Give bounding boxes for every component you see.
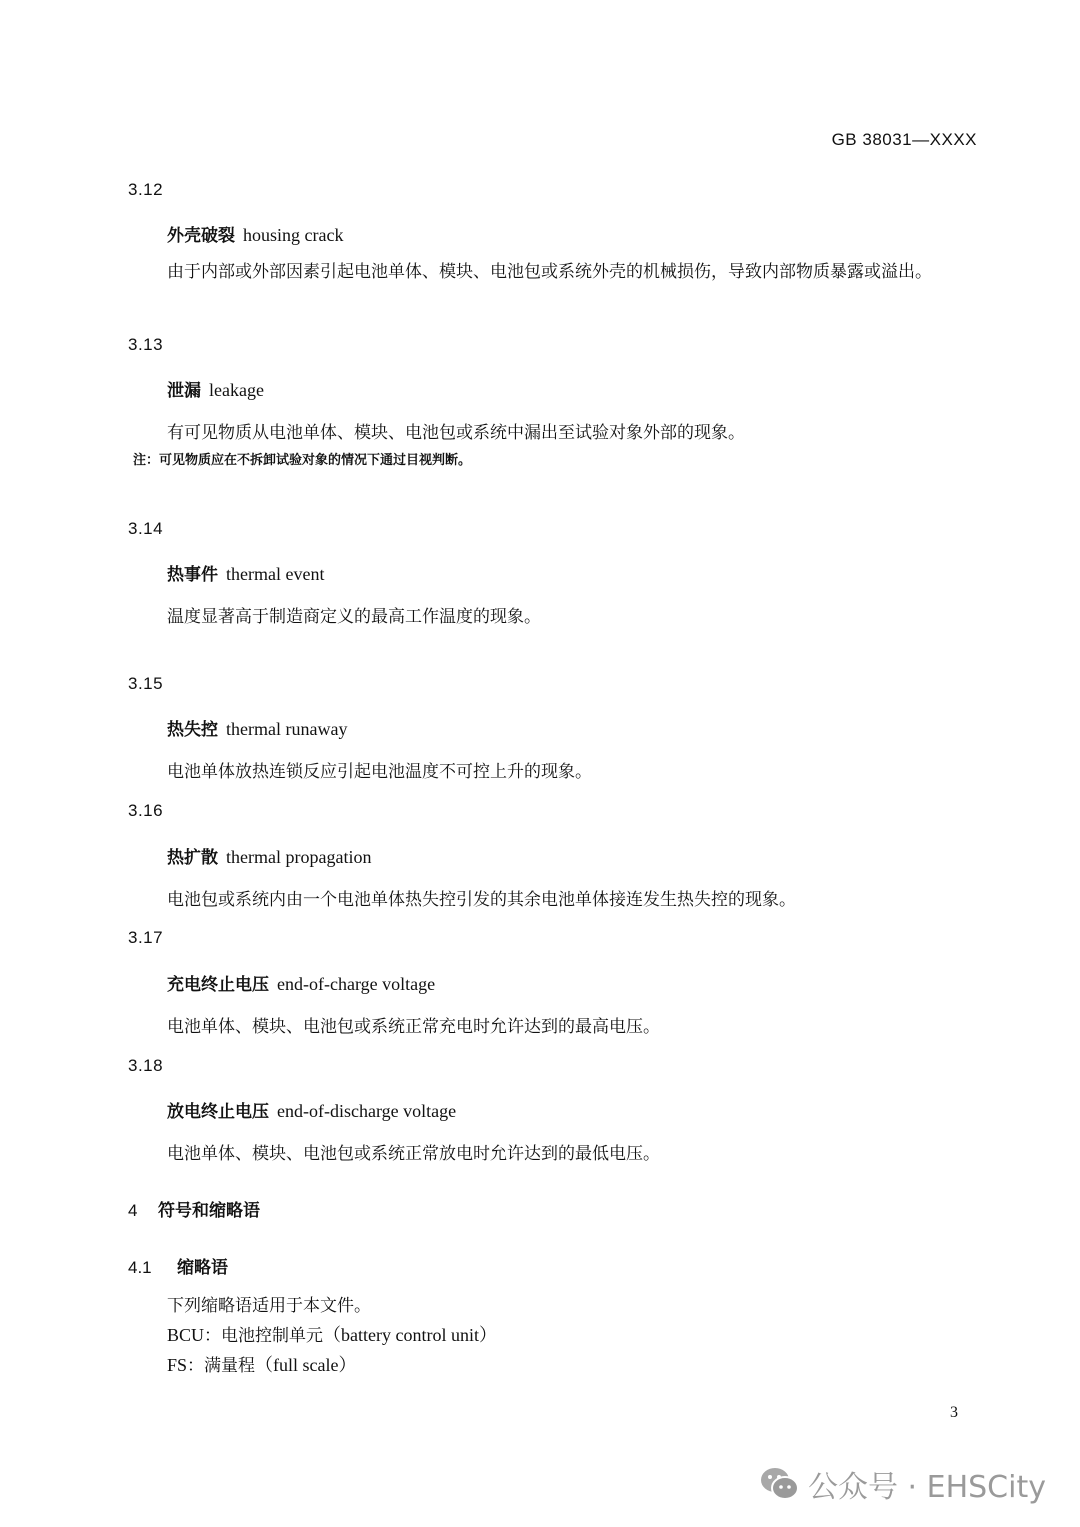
term-en: end-of-charge voltage <box>277 974 435 994</box>
term-heading: 热事件thermal event <box>167 560 324 585</box>
subsection-number: 4.1 <box>128 1258 177 1278</box>
term-definition: 电池单体、模块、电池包或系统正常充电时允许达到的最高电压。 <box>167 1012 660 1037</box>
term-en: thermal event <box>226 564 324 584</box>
page-number: 3 <box>950 1404 958 1422</box>
term-definition: 电池单体、模块、电池包或系统正常放电时允许达到的最低电压。 <box>167 1139 660 1164</box>
term-heading: 充电终止电压end-of-charge voltage <box>167 970 435 995</box>
term-definition: 有可见物质从电池单体、模块、电池包或系统中漏出至试验对象外部的现象。 <box>167 418 745 443</box>
wechat-icon <box>760 1467 800 1501</box>
abbreviation-item: FS：满量程（full scale） <box>167 1351 497 1381</box>
term-en: thermal runaway <box>226 719 347 739</box>
term-heading: 热扩散thermal propagation <box>167 843 371 868</box>
section-number: 4 <box>128 1201 158 1221</box>
subsection-title: 缩略语 <box>177 1258 228 1278</box>
term-number: 3.18 <box>128 1056 163 1076</box>
abbreviation-list: 下列缩略语适用于本文件。 BCU：电池控制单元（battery control … <box>167 1292 497 1381</box>
term-zh: 热事件 <box>167 565 218 585</box>
term-zh: 充电终止电压 <box>167 975 269 995</box>
term-number: 3.14 <box>128 519 163 539</box>
watermark-text: 公众号 · EHSCity <box>808 1462 1046 1506</box>
term-definition: 温度显著高于制造商定义的最高工作温度的现象。 <box>167 602 541 627</box>
term-en: end-of-discharge voltage <box>277 1101 456 1121</box>
term-zh: 放电终止电压 <box>167 1102 269 1122</box>
term-definition: 由于内部或外部因素引起电池单体、模块、电池包或系统外壳的机械损伤，导致内部物质暴… <box>128 258 978 287</box>
watermark: 公众号 · EHSCity <box>760 1462 1046 1506</box>
abbreviation-intro: 下列缩略语适用于本文件。 <box>167 1292 497 1321</box>
term-zh: 热扩散 <box>167 848 218 868</box>
standard-code: GB 38031—XXXX <box>832 130 977 150</box>
term-heading: 泄漏leakage <box>167 376 264 401</box>
term-zh: 泄漏 <box>167 381 201 401</box>
term-en: leakage <box>209 380 264 400</box>
term-number: 3.16 <box>128 801 163 821</box>
term-number: 3.15 <box>128 674 163 694</box>
section-heading: 4符号和缩略语 <box>128 1196 260 1221</box>
term-number: 3.17 <box>128 928 163 948</box>
term-definition: 电池单体放热连锁反应引起电池温度不可控上升的现象。 <box>167 757 592 782</box>
term-number: 3.12 <box>128 180 163 200</box>
term-zh: 外壳破裂 <box>167 226 235 246</box>
term-definition: 电池包或系统内由一个电池单体热失控引发的其余电池单体接连发生热失控的现象。 <box>167 885 796 910</box>
term-heading: 放电终止电压end-of-discharge voltage <box>167 1097 456 1122</box>
term-en: housing crack <box>243 225 343 245</box>
section-title: 符号和缩略语 <box>158 1201 260 1221</box>
subsection-heading: 4.1缩略语 <box>128 1253 228 1278</box>
term-zh: 热失控 <box>167 720 218 740</box>
term-en: thermal propagation <box>226 847 371 867</box>
term-number: 3.13 <box>128 335 163 355</box>
term-heading: 热失控thermal runaway <box>167 715 347 740</box>
term-heading: 外壳破裂housing crack <box>167 221 343 246</box>
abbreviation-item: BCU：电池控制单元（battery control unit） <box>167 1321 497 1351</box>
term-note: 注：可见物质应在不拆卸试验对象的情况下通过目视判断。 <box>133 449 471 468</box>
